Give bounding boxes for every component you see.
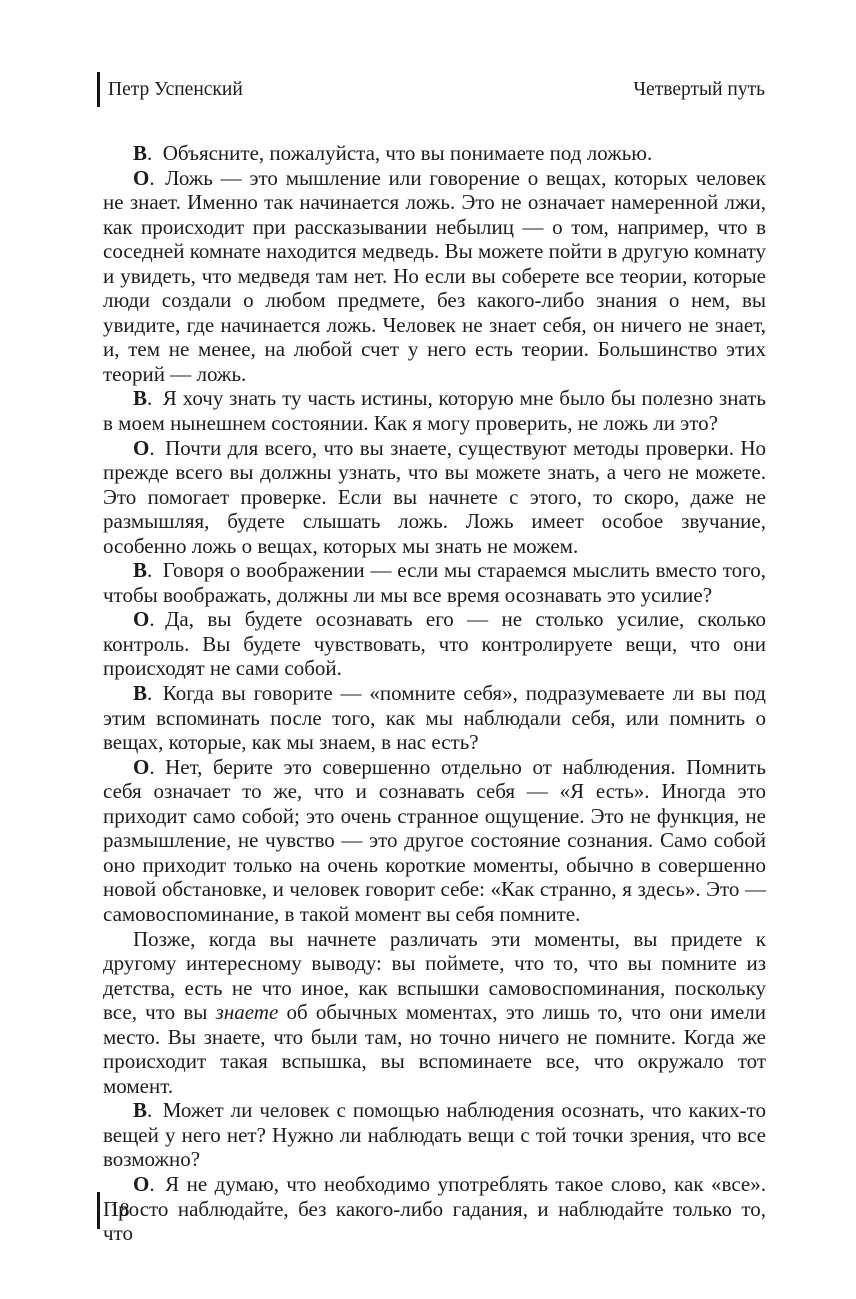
paragraph: О. Ложь — это мышление или говорение о в… <box>103 166 766 387</box>
body-text: В. Объясните, пожалуйста, что вы понимае… <box>103 141 766 1246</box>
speaker-letter: О <box>133 1172 149 1196</box>
speaker-letter: В <box>133 141 147 165</box>
header-book-title: Четвертый путь <box>633 79 765 101</box>
text-run: . Объясните, пожалуйста, что вы понимает… <box>147 141 652 165</box>
header-author: Петр Успенский <box>108 79 243 101</box>
text-run: . Может ли человек с помощью наблюдения … <box>103 1098 766 1171</box>
paragraph: Позже, когда вы начнете различать эти мо… <box>103 927 766 1099</box>
text-run: . Почти для всего, что вы знаете, сущест… <box>103 436 766 558</box>
text-run: . Я хочу знать ту часть истины, которую … <box>103 386 766 435</box>
paragraph: О. Нет, берите это совершенно отдельно о… <box>103 755 766 927</box>
speaker-letter: В <box>133 1098 147 1122</box>
speaker-letter: О <box>133 607 149 631</box>
text-run: . Ложь — это мышление или говорение о ве… <box>103 166 766 386</box>
text-run: . Я не думаю, что необходимо употреблять… <box>103 1172 766 1245</box>
paragraph: О. Я не думаю, что необходимо употреблят… <box>103 1172 766 1246</box>
paragraph: В. Когда вы говорите — «помните себя», п… <box>103 681 766 755</box>
page-number: 18 <box>110 1200 130 1222</box>
speaker-letter: В <box>133 558 147 582</box>
book-page: Петр Успенский Четвертый путь В. Объясни… <box>0 0 856 1299</box>
paragraph: О. Почти для всего, что вы знаете, сущес… <box>103 436 766 559</box>
page-header: Петр Успенский Четвертый путь <box>97 72 765 107</box>
text-run: . Когда вы говорите — «помните себя», по… <box>103 681 766 754</box>
italic-text: знаете <box>216 1000 279 1024</box>
text-run: . Да, вы будете осознавать его — не стол… <box>103 607 766 680</box>
text-run: . Нет, берите это совершенно отдельно от… <box>103 755 766 926</box>
paragraph: В. Объясните, пожалуйста, что вы понимае… <box>103 141 766 166</box>
speaker-letter: В <box>133 681 147 705</box>
paragraph: В. Говоря о воображении — если мы старае… <box>103 558 766 607</box>
speaker-letter: О <box>133 166 149 190</box>
paragraph: В. Может ли человек с помощью наблюдения… <box>103 1098 766 1172</box>
text-run: . Говоря о воображении — если мы стараем… <box>103 558 766 607</box>
speaker-letter: В <box>133 386 147 410</box>
page-footer: 18 <box>97 1192 130 1229</box>
speaker-letter: О <box>133 755 149 779</box>
speaker-letter: О <box>133 436 149 460</box>
paragraph: О. Да, вы будете осознавать его — не сто… <box>103 607 766 681</box>
paragraph: В. Я хочу знать ту часть истины, которую… <box>103 386 766 435</box>
